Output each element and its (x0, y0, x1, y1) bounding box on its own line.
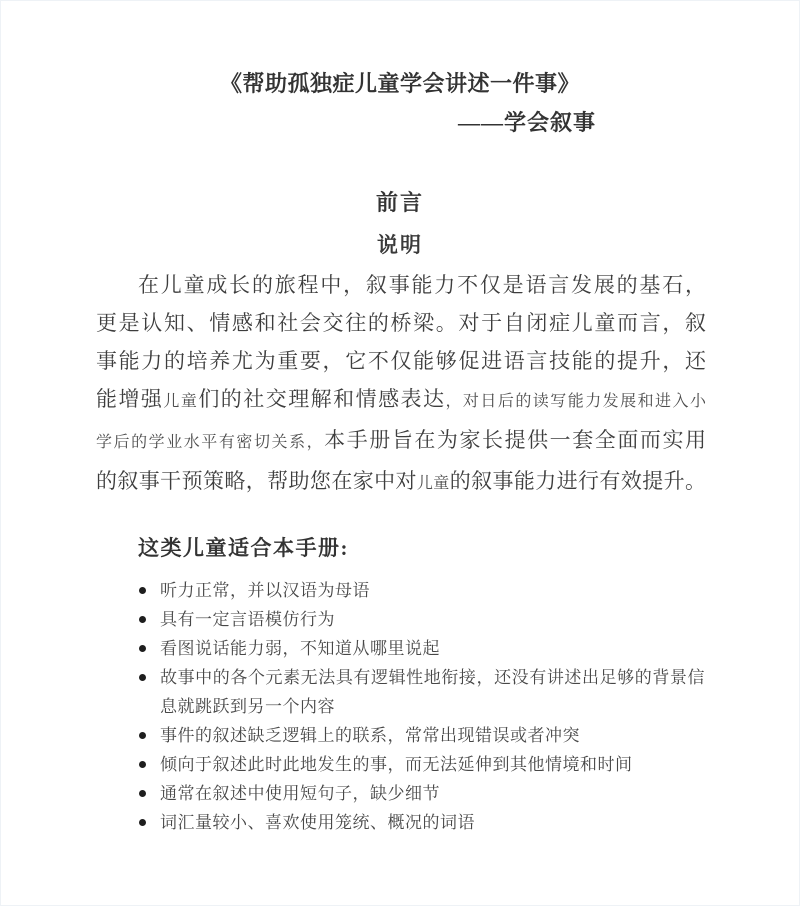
document-title: 《帮助孤独症儿童学会讲述一件事》 (1, 1, 799, 99)
text-run: 在儿童成长的旅程中，叙事能力不仅是语言发展的基石， (138, 273, 706, 297)
text-run: 的叙事能力进行有效提升。 (450, 469, 706, 493)
text-run: 的叙事干预策略，帮助您在家中对 (96, 469, 417, 493)
list-item: 听力正常，并以汉语为母语 (139, 576, 799, 605)
text-run: 事能力的培养尤为重要，它不仅能够促进语言技能的提升，还 (96, 349, 706, 373)
text-run: 儿童 (163, 393, 198, 410)
bullet-icon (139, 790, 146, 797)
text-run: 儿童 (417, 475, 450, 492)
bullet-icon (139, 819, 146, 826)
list-item: 看图说话能力弱，不知道从哪里说起 (139, 634, 799, 663)
bullet-icon (139, 761, 146, 768)
paragraph-line: 能增强儿童们的社交理解和情感表达，对日后的读写能力发展和进入小 (96, 380, 706, 421)
text-run: 们的社交理解和情感表达 (198, 387, 445, 411)
list-item: 通常在叙述中使用短句子，缺少细节 (139, 779, 799, 808)
paragraph-line: 的叙事干预策略，帮助您在家中对儿童的叙事能力进行有效提升。 (96, 462, 706, 503)
list-item-text: 具有一定言语模仿行为 (160, 605, 705, 634)
suitability-heading: 这类儿童适合本手册: (138, 534, 799, 562)
text-run: 更是认知、情感和社会交往的桥梁。对于自闭症儿童而言，叙 (96, 311, 706, 335)
list-item: 故事中的各个元素无法具有逻辑性地衔接，还没有讲述出足够的背景信息就跳跃到另一个内… (139, 663, 799, 721)
document-subtitle: ——学会叙事 (1, 108, 799, 138)
bullet-icon (139, 645, 146, 652)
bullet-icon (139, 674, 146, 681)
list-item: 倾向于叙述此时此地发生的事，而无法延伸到其他情境和时间 (139, 750, 799, 779)
list-item-text: 倾向于叙述此时此地发生的事，而无法延伸到其他情境和时间 (160, 750, 705, 779)
suitability-list: 听力正常，并以汉语为母语具有一定言语模仿行为看图说话能力弱，不知道从哪里说起故事… (139, 576, 799, 837)
bullet-icon (139, 587, 146, 594)
list-item: 事件的叙述缺乏逻辑上的联系，常常出现错误或者冲突 (139, 721, 799, 750)
bullet-icon (139, 616, 146, 623)
paragraph-line: 更是认知、情感和社会交往的桥梁。对于自闭症儿童而言，叙 (96, 304, 706, 342)
preface-heading: 前言 (1, 188, 799, 218)
explanation-subheading: 说明 (1, 231, 799, 259)
text-run: 能增强 (96, 387, 163, 411)
paragraph-line: 学后的学业水平有密切关系，本手册旨在为家长提供一套全面而实用 (96, 421, 706, 462)
list-item-text: 词汇量较小、喜欢使用笼统、概况的词语 (160, 808, 705, 837)
text-run: ，对日后的读写能力发展和进入小 (445, 393, 706, 410)
list-item-text: 听力正常，并以汉语为母语 (160, 576, 705, 605)
text-run: 学后的学业水平有密切关系， (96, 434, 324, 451)
text-run: 本手册旨在为家长提供一套全面而实用 (324, 428, 706, 452)
paragraph-line: 在儿童成长的旅程中，叙事能力不仅是语言发展的基石， (96, 266, 706, 304)
list-item: 词汇量较小、喜欢使用笼统、概况的词语 (139, 808, 799, 837)
list-item: 具有一定言语模仿行为 (139, 605, 799, 634)
document-page: 《帮助孤独症儿童学会讲述一件事》 ——学会叙事 前言 说明 在儿童成长的旅程中，… (0, 0, 800, 906)
paragraph-line: 事能力的培养尤为重要，它不仅能够促进语言技能的提升，还 (96, 342, 706, 380)
list-item-text: 看图说话能力弱，不知道从哪里说起 (160, 634, 705, 663)
list-item-text: 通常在叙述中使用短句子，缺少细节 (160, 779, 705, 808)
list-item-text: 故事中的各个元素无法具有逻辑性地衔接，还没有讲述出足够的背景信息就跳跃到另一个内… (160, 663, 705, 721)
bullet-icon (139, 732, 146, 739)
list-item-text: 事件的叙述缺乏逻辑上的联系，常常出现错误或者冲突 (160, 721, 705, 750)
preface-paragraph: 在儿童成长的旅程中，叙事能力不仅是语言发展的基石，更是认知、情感和社会交往的桥梁… (96, 266, 706, 503)
